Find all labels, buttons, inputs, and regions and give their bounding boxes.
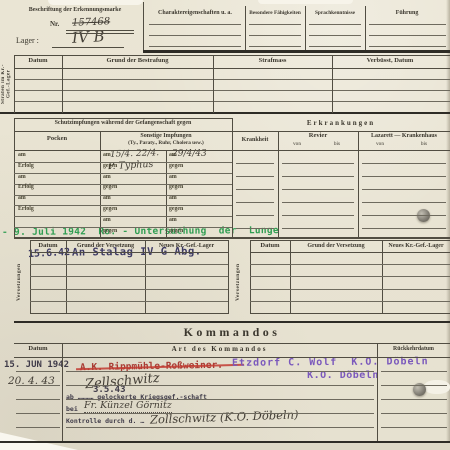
vaccination-row-label: gegen <box>169 184 183 190</box>
rule-line <box>14 101 450 102</box>
punishments-header-datum: Datum <box>14 58 62 65</box>
vaccinations-col-sonstige: Sonstige Impfungen <box>100 133 232 139</box>
rule-line <box>250 289 450 290</box>
rule-line <box>143 50 450 53</box>
rule-line <box>66 33 134 34</box>
rule-line <box>0 112 450 114</box>
rule-line <box>16 399 60 400</box>
punishments-header-grund: Grund der Bestrafung <box>62 58 213 65</box>
rule-line <box>362 163 446 164</box>
vaccination-row-label: Erfolg <box>18 184 34 190</box>
rule-line <box>62 55 63 113</box>
rule-line <box>66 399 374 400</box>
rule-line <box>16 413 60 414</box>
rule-line <box>14 79 450 80</box>
rule-line <box>14 205 232 206</box>
rule-line <box>0 441 450 443</box>
rule-line <box>14 343 450 344</box>
rule-line <box>250 240 251 314</box>
vaccination-row-label: gegen <box>103 163 117 169</box>
rule-line <box>362 176 446 177</box>
rule-line <box>143 2 144 52</box>
torn-edge-top-left <box>48 0 143 5</box>
torn-edge-top-right <box>258 0 353 4</box>
rule-line <box>14 68 450 69</box>
rule-line <box>30 313 228 314</box>
rule-line <box>250 240 450 241</box>
vaccination-row-label: am <box>103 152 111 158</box>
illnesses-col-krankheit: Krankheit <box>232 137 278 143</box>
rule-line <box>14 150 232 151</box>
rule-line <box>362 189 446 190</box>
transfers-header-datum: Datum <box>250 243 290 250</box>
rule-line <box>369 46 446 47</box>
paper-wear-patch <box>424 380 450 394</box>
vaccination-row-label: am <box>169 174 177 180</box>
control-label-stamp: Kontrolle durch d. … <box>66 417 144 425</box>
rule-line <box>282 189 354 190</box>
id-marking-title: Beschriftung der Erkennungsmarke <box>14 7 136 13</box>
rule-line <box>369 24 446 25</box>
control-place-handwriting: Zollschwitz (K.O. Döbeln) <box>150 407 299 426</box>
rule-line <box>282 176 354 177</box>
rule-line <box>14 227 232 228</box>
transfers-side-label: Versetzungen <box>236 253 247 311</box>
rule-line <box>30 240 31 314</box>
rule-line <box>250 276 450 277</box>
transfers-header-neues: Neues Kr.-Gef.-Lager <box>382 243 450 249</box>
vaccination-row-label: gegen <box>169 206 183 212</box>
rule-line <box>236 202 274 203</box>
rule-line <box>249 46 301 47</box>
rule-line <box>14 118 15 237</box>
rule-line <box>228 240 229 314</box>
illnesses-title: Erkrankungen <box>232 120 450 127</box>
kommando-purple-stamp-line1: Etzdorf C. Wolf K.O. Döbeln <box>232 356 429 369</box>
kommandos-title: Kommandos <box>14 326 450 339</box>
rule-line <box>365 6 366 50</box>
kommandos-header-art: Art des Kommandos <box>62 346 377 353</box>
rule-line <box>381 413 447 414</box>
rule-line <box>309 24 361 25</box>
transfer-date-stamp: 15.6.42 <box>28 247 71 260</box>
rule-line <box>232 131 450 132</box>
vaccination-row-label: am <box>169 217 177 223</box>
punishments-header-strafmass: Strafmass <box>213 58 332 65</box>
rule-line <box>166 150 167 237</box>
rule-line <box>14 184 232 185</box>
rule-line <box>14 216 232 217</box>
vaccination-row-label: gegen <box>169 163 183 169</box>
rule-line <box>249 24 301 25</box>
rule-line <box>66 30 134 31</box>
rule-line <box>149 35 241 36</box>
transfers-side-label: Versetzungen <box>17 253 28 311</box>
rule-line <box>232 150 450 151</box>
rule-line <box>66 371 374 372</box>
vaccination-row-label: Erfolg <box>18 206 34 212</box>
rule-line <box>377 343 378 443</box>
illnesses-sub-bis: bis <box>322 142 352 148</box>
vaccinations-col-pocken: Pocken <box>14 136 100 143</box>
vaccinations-title: Schutzimpfungen während der Gefangenscha… <box>14 120 232 126</box>
rule-line <box>362 202 446 203</box>
employer-label-stamp: bei <box>66 405 78 413</box>
punishments-side-label: Strafen im Kr.-Gef.-Lager <box>1 58 12 110</box>
rule-line <box>14 321 450 323</box>
illnesses-sub-von: von <box>362 142 398 148</box>
vaccination-row-label: am <box>103 217 111 223</box>
illnesses-col-lazarett: Lazarett — Krankenhaus <box>358 133 450 139</box>
rule-line <box>30 240 228 241</box>
rule-line <box>14 162 232 163</box>
rule-line <box>14 55 15 113</box>
rule-line <box>250 264 450 265</box>
rule-line <box>249 35 301 36</box>
rule-line <box>149 24 241 25</box>
rule-line <box>236 215 274 216</box>
rule-line <box>14 357 450 358</box>
rule-line <box>30 252 228 253</box>
rule-line <box>282 228 354 229</box>
rule-line <box>369 35 446 36</box>
punishments-header-verbuesst: Verbüsst, Datum <box>332 58 448 65</box>
rule-line <box>52 47 124 48</box>
rule-line <box>309 46 361 47</box>
rule-line <box>250 252 450 253</box>
rule-line <box>62 343 63 443</box>
rule-line <box>236 176 274 177</box>
transfers-header-grund: Grund der Versetzung <box>290 243 382 249</box>
vaccination-row-label: am <box>18 195 26 201</box>
rule-line <box>149 46 241 47</box>
rule-line <box>362 215 446 216</box>
rule-line <box>309 35 361 36</box>
vaccination-row-label: gegen <box>103 228 117 234</box>
vaccination-row-label: gegen <box>103 206 117 212</box>
rule-line <box>282 202 354 203</box>
rule-line <box>290 240 291 314</box>
rule-line <box>14 237 450 239</box>
rule-line <box>145 240 146 314</box>
rule-line <box>30 264 228 265</box>
traits-column-header: Charaktereigenschaften u. a. <box>146 10 244 16</box>
traits-column-header: Besondere Fähigkeiten <box>245 11 305 17</box>
rule-line <box>66 413 374 414</box>
rule-line <box>245 6 246 50</box>
vaccination-row-label: gegen <box>169 228 183 234</box>
vaccination-row-label: am <box>103 195 111 201</box>
traits-column-header: Führung <box>367 10 447 16</box>
rule-line <box>236 228 274 229</box>
rule-line <box>30 289 228 290</box>
vaccination-row-label: gegen <box>103 184 117 190</box>
kommando-date-stamp: 15. JUN 1942 <box>4 360 69 370</box>
rule-line <box>305 6 306 50</box>
pow-record-document: Beschriftung der Erkennungsmarke Nr. 157… <box>0 0 450 450</box>
rule-line <box>381 371 447 372</box>
rule-line <box>358 131 359 237</box>
rule-line <box>213 55 214 113</box>
vaccination-row-label: am <box>18 174 26 180</box>
rule-line <box>381 399 447 400</box>
traits-column-header: Sprachkenntnisse <box>305 11 365 17</box>
rule-line <box>16 385 60 386</box>
rule-line <box>66 427 374 428</box>
rule-line <box>14 195 232 196</box>
vaccinations-col-sonstige-sub: (Ty., Paraty., Ruhr, Cholera usw.) <box>100 141 232 147</box>
illnesses-sub-bis: bis <box>406 142 442 148</box>
illnesses-sub-von: von <box>282 142 312 148</box>
rule-line <box>381 385 447 386</box>
rule-line <box>250 301 450 302</box>
vaccination-row-label: am <box>18 152 26 158</box>
rule-line <box>30 276 228 277</box>
rule-line <box>236 163 274 164</box>
rule-line <box>66 240 67 314</box>
rule-line <box>362 228 446 229</box>
kommandos-header-datum: Datum <box>14 346 62 353</box>
kommandos-header-rueckkehr: Rückkehrdatum <box>377 346 450 352</box>
rule-line <box>250 313 450 314</box>
rule-line <box>14 131 232 132</box>
vaccination-row-label: Erfolg <box>18 163 34 169</box>
rule-line <box>14 55 450 56</box>
vaccination-row-label: am <box>169 152 177 158</box>
rule-line <box>232 118 233 237</box>
illnesses-col-revier: Revier <box>278 133 358 140</box>
rule-line <box>278 131 279 237</box>
rule-line <box>381 427 447 428</box>
rule-line <box>282 163 354 164</box>
rule-line <box>66 385 374 386</box>
camp-label: Lager : <box>16 37 39 45</box>
rule-line <box>14 90 450 91</box>
rule-line <box>16 371 60 372</box>
rule-line <box>30 301 228 302</box>
id-number-label: Nr. <box>50 21 59 28</box>
rule-line <box>14 118 232 119</box>
rule-line <box>16 427 60 428</box>
vaccination-row-label: am <box>103 174 111 180</box>
employer-handwriting: Fr. Künzel Görnitz <box>84 400 172 413</box>
vaccination-row-label: am <box>169 195 177 201</box>
rule-line <box>236 189 274 190</box>
rule-line <box>382 240 383 314</box>
rule-line <box>14 173 232 174</box>
rule-line <box>332 55 333 113</box>
rule-line <box>282 215 354 216</box>
